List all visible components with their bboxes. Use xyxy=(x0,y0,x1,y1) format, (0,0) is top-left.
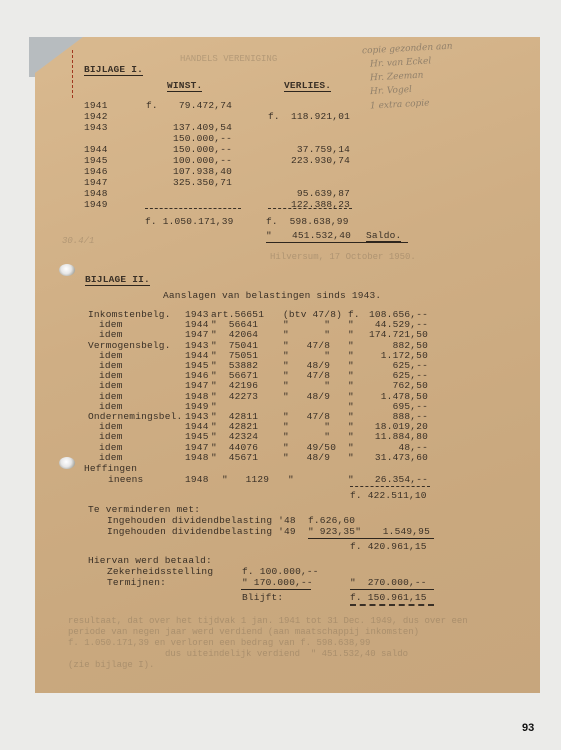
row-year: 1943 xyxy=(84,122,108,133)
div1-amount: f.626,60 xyxy=(308,515,355,526)
paid-total: " 270.000,-- xyxy=(350,577,427,588)
row-year: 1944 xyxy=(84,144,108,155)
row-year: 1941 xyxy=(84,100,108,111)
row-year: 1949 xyxy=(84,199,108,210)
tax-amount: 31.473,60 xyxy=(358,452,428,463)
faint-line: dus uiteindelijk verdiend " 451.532,40 s… xyxy=(165,649,408,659)
faint-line: f. 1.050.171,39 en verloren een bedrag v… xyxy=(68,638,370,648)
winst-header: WINST. xyxy=(167,80,202,92)
faint-line: resultaat, dat over het tijdvak 1 jan. 1… xyxy=(68,616,468,626)
div1-label: Ingehouden dividendbelasting '48 xyxy=(107,515,296,526)
after-dividend: f. 420.961,15 xyxy=(350,541,427,552)
row-verlies: 118.921,01 xyxy=(280,111,350,122)
punch-hole xyxy=(59,457,75,469)
saldo-value: 451.532,40 xyxy=(292,230,351,241)
ineens-art: " 1129 xyxy=(222,474,269,485)
termijnen-underline xyxy=(241,589,311,590)
total-verlies: f. 598.638,99 xyxy=(266,216,349,227)
tax-article: " 42273 xyxy=(211,391,258,402)
tax-btv: " 48/9 xyxy=(283,391,330,402)
blijft-label: Blijft: xyxy=(242,592,283,603)
page-number: 93 xyxy=(522,722,534,734)
termijnen-label: Termijnen: xyxy=(107,577,166,588)
total-winst: f. 1.050.171,39 xyxy=(145,216,234,227)
row-year: 1945 xyxy=(84,155,108,166)
faint-date: Hilversum, 17 October 1950. xyxy=(270,252,416,262)
div-underline xyxy=(308,538,434,539)
heffingen-label: Heffingen xyxy=(84,463,137,474)
final-double-underline xyxy=(350,604,434,606)
bijlage-2-title: BIJLAGE II. xyxy=(85,274,150,286)
faint-letterhead: HANDELS VERENIGING xyxy=(180,54,277,64)
faint-line: periode van negen jaar werd verdiend (aa… xyxy=(68,627,419,637)
saldo-prefix: " xyxy=(266,230,272,241)
blijft-amount: f. 150.961,15 xyxy=(350,592,427,603)
div2-amount: " 923,35" xyxy=(308,526,361,537)
row-currency: f. xyxy=(268,111,280,122)
ineens-year: 1948 xyxy=(185,474,209,485)
row-verlies: 223.930,74 xyxy=(280,155,350,166)
te-verminderen: Te verminderen met: xyxy=(88,504,200,515)
row-year: 1947 xyxy=(84,177,108,188)
row-winst: 79.472,74 xyxy=(160,100,232,111)
faint-line: (zie bijlage I). xyxy=(68,660,154,670)
row-winst: 137.409,54 xyxy=(160,122,232,133)
row-year: 1948 xyxy=(84,188,108,199)
row-winst: 325.350,71 xyxy=(160,177,232,188)
verlies-divider xyxy=(268,208,352,209)
row-verlies: 95.639,87 xyxy=(280,188,350,199)
ineens-cur: " xyxy=(348,474,354,485)
row-winst: 150.000,-- xyxy=(160,133,232,144)
margin-note: 30.4/1 xyxy=(62,236,94,246)
row-winst: 107.938,40 xyxy=(160,166,232,177)
paid-underline xyxy=(350,589,434,590)
bijlage-2-subtitle: Aanslagen van belastingen sinds 1943. xyxy=(163,290,381,301)
subtotal-divider xyxy=(350,486,430,487)
row-year: 1942 xyxy=(84,111,108,122)
subtotal: f. 422.511,10 xyxy=(350,490,427,501)
ineens-btv: " xyxy=(288,474,294,485)
tax-btv: " 48/9 xyxy=(283,452,330,463)
tax-article: " 45671 xyxy=(211,452,258,463)
tax-year: 1948 xyxy=(185,452,209,463)
row-year: 1946 xyxy=(84,166,108,177)
tax-label: idem xyxy=(99,452,123,463)
zekerheid-label: Zekerheidsstelling xyxy=(107,566,213,577)
ineens-label: ineens xyxy=(108,474,143,485)
row-winst: 100.000,-- xyxy=(160,155,232,166)
punch-hole xyxy=(59,264,75,276)
div-total: 1.549,95 xyxy=(360,526,430,537)
row-currency: f. xyxy=(146,100,158,111)
termijnen-amount: " 170.000,-- xyxy=(242,577,313,588)
zekerheid-amount: f. 100.000,-- xyxy=(242,566,319,577)
bijlage-1-title: BIJLAGE I. xyxy=(84,64,143,76)
verlies-header: VERLIES. xyxy=(284,80,331,92)
row-verlies: 37.759,14 xyxy=(280,144,350,155)
div2-label: Ingehouden dividendbelasting '49 xyxy=(107,526,296,537)
ineens-amount: 26.354,-- xyxy=(360,474,428,485)
row-winst: 150.000,-- xyxy=(160,144,232,155)
saldo-label: Saldo. xyxy=(366,230,401,242)
saldo-underline xyxy=(266,242,408,243)
winst-divider xyxy=(145,208,241,209)
red-margin-mark xyxy=(72,50,73,98)
tax-currency: " xyxy=(348,452,354,463)
hiervan-label: Hiervan werd betaald: xyxy=(88,555,212,566)
